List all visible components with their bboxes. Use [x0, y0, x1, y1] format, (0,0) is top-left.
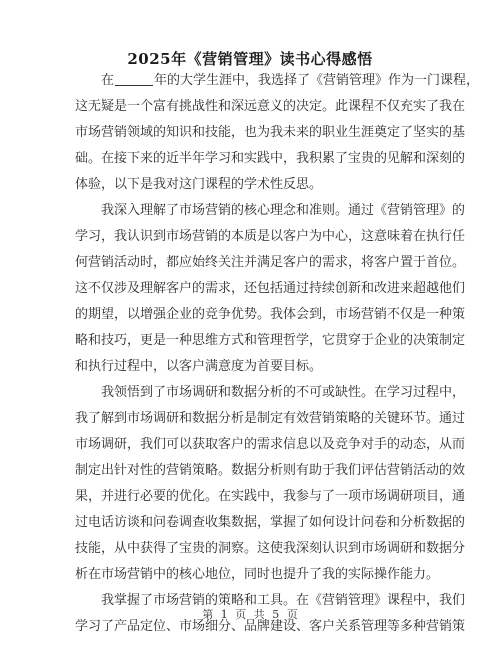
- fill-in-blank: [115, 71, 153, 86]
- text-line: 过电话访谈和问卷调查收集数据，掌握了如何设计问卷和分析数据的: [75, 510, 417, 536]
- document-page: 2025年《营销管理》读书心得感悟 在年的大学生涯中，我选择了《营销管理》作为一…: [0, 0, 500, 647]
- text-fragment: 年的大学生涯中，我选择了《营销管理》作为一门课程，: [154, 73, 479, 88]
- text-line: 和执行过程中，以客户满意度为首要目标。: [75, 354, 417, 380]
- text-line: 在年的大学生涯中，我选择了《营销管理》作为一门课程，: [75, 68, 417, 94]
- text-line: 我领悟到了市场调研和数据分析的不可或缺性。在学习过程中，: [75, 380, 417, 406]
- text-line: 市场营销领域的知识和技能，也为我未来的职业生涯奠定了坚实的基: [75, 120, 417, 146]
- document-title: 2025年《营销管理》读书心得感悟: [0, 48, 500, 69]
- document-body: 在年的大学生涯中，我选择了《营销管理》作为一门课程， 这无疑是一个富有挑战性和深…: [75, 68, 417, 640]
- text-line: 这无疑是一个富有挑战性和深远意义的决定。此课程不仅充实了我在: [75, 94, 417, 120]
- text-line: 技能，从中获得了宝贵的洞察。这使我深刻认识到市场调研和数据分: [75, 536, 417, 562]
- text-line: 制定出针对性的营销策略。数据分析则有助于我们评估营销活动的效: [75, 458, 417, 484]
- page-number-footer: 第 1 页 共 5 页: [0, 606, 500, 622]
- text-line: 这不仅涉及理解客户的需求，还包括通过持续创新和改进来超越他们: [75, 276, 417, 302]
- text-line: 何营销活动时，都应始终关注并满足客户的需求，将客户置于首位。: [75, 250, 417, 276]
- paragraph-market-research: 我领悟到了市场调研和数据分析的不可或缺性。在学习过程中， 我了解到市场调研和数据…: [75, 380, 417, 588]
- text-line: 我了解到市场调研和数据分析是制定有效营销策略的关键环节。通过: [75, 406, 417, 432]
- paragraph-core-concepts: 我深入理解了市场营销的核心理念和准则。通过《营销管理》的 学习，我认识到市场营销…: [75, 198, 417, 380]
- paragraph-intro: 在年的大学生涯中，我选择了《营销管理》作为一门课程， 这无疑是一个富有挑战性和深…: [75, 68, 417, 198]
- text-line: 略和技巧，更是一种思维方式和管理哲学，它贯穿于企业的决策制定: [75, 328, 417, 354]
- text-fragment: 在: [101, 73, 114, 88]
- text-line: 学习，我认识到市场营销的本质是以客户为中心，这意味着在执行任: [75, 224, 417, 250]
- text-line: 我深入理解了市场营销的核心理念和准则。通过《营销管理》的: [75, 198, 417, 224]
- text-line: 础。在接下来的近半年学习和实践中，我积累了宝贵的见解和深刻的: [75, 146, 417, 172]
- text-line: 析在市场营销中的核心地位，同时也提升了我的实际操作能力。: [75, 562, 417, 588]
- text-line: 市场调研，我们可以获取客户的需求信息以及竞争对手的动态，从而: [75, 432, 417, 458]
- text-line: 果，并进行必要的优化。在实践中，我参与了一项市场调研项目，通: [75, 484, 417, 510]
- text-line: 体验，以下是我对这门课程的学术性反思。: [75, 172, 417, 198]
- text-line: 的期望，以增强企业的竞争优势。我体会到，市场营销不仅是一种策: [75, 302, 417, 328]
